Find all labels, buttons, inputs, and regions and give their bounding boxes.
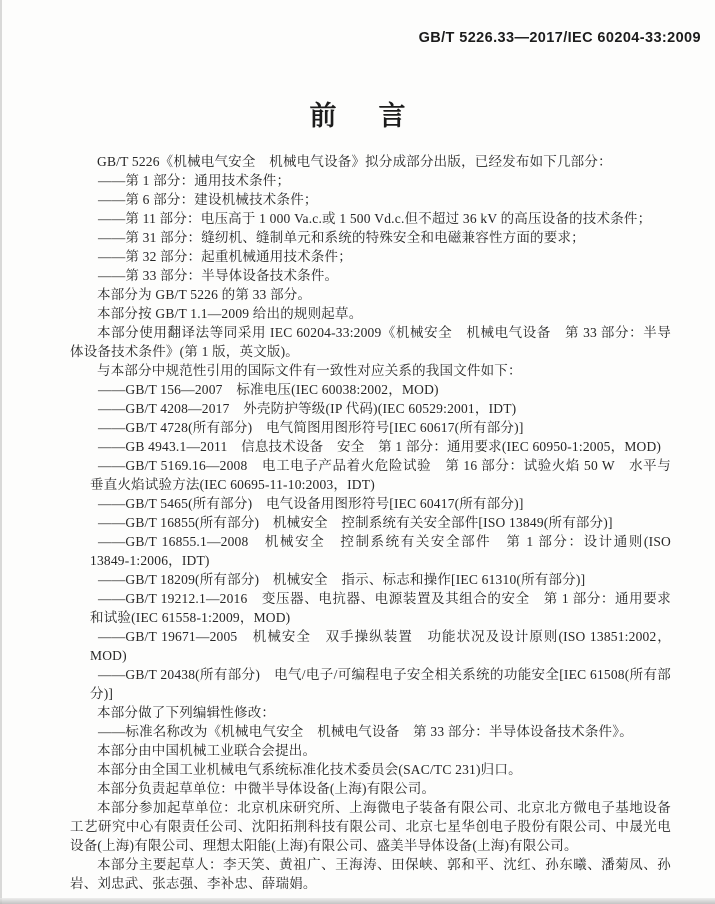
foreword-body: GB/T 5226《机械电气安全 机械电气设备》拟分成部分出版，已经发布如下几部…: [70, 152, 671, 893]
paragraph-line: ——GB/T 4208—2017 外壳防护等级(IP 代码)(IEC 60529…: [70, 399, 671, 418]
paragraph-line: 本部分负责起草单位：中微半导体设备(上海)有限公司。: [70, 779, 671, 798]
page-title-char-right: 言: [379, 94, 406, 133]
paragraph-line: ——GB/T 20438(所有部分) 电气/电子/可编程电子安全相关系统的功能安…: [70, 665, 671, 703]
paragraph-line: ——GB/T 19671—2005 机械安全 双手操纵装置 功能状况及设计原则(…: [70, 627, 671, 665]
paragraph-line: 本部分为 GB/T 5226 的第 33 部分。: [70, 285, 671, 304]
paragraph-line: GB/T 5226《机械电气安全 机械电气设备》拟分成部分出版，已经发布如下几部…: [70, 152, 671, 171]
page-title-char-left: 前: [310, 94, 337, 133]
paragraph-line: 本部分由中国机械工业联合会提出。: [70, 741, 671, 760]
paragraph-line: 本部分使用翻译法等同采用 IEC 60204-33:2009《机械安全 机械电气…: [70, 323, 671, 361]
paragraph-line: ——GB/T 18209(所有部分) 机械安全 指示、标志和操作[IEC 613…: [70, 570, 671, 589]
page-title: 前 言: [0, 94, 715, 133]
paragraph-line: ——GB 4943.1—2011 信息技术设备 安全 第 1 部分：通用要求(I…: [70, 437, 671, 456]
paragraph-line: ——GB/T 4728(所有部分) 电气简图用图形符号[IEC 60617(所有…: [70, 418, 671, 437]
document-page: GB/T 5226.33—2017/IEC 60204-33:2009 前 言 …: [0, 0, 715, 904]
paragraph-line: ——第 1 部分：通用技术条件；: [70, 171, 671, 190]
standard-number-header: GB/T 5226.33—2017/IEC 60204-33:2009: [419, 30, 701, 46]
paragraph-line: ——第 31 部分：缝纫机、缝制单元和系统的特殊安全和电磁兼容性方面的要求；: [70, 228, 671, 247]
paragraph-line: 本部分按 GB/T 1.1—2009 给出的规则起草。: [70, 304, 671, 323]
paragraph-line: 本部分做了下列编辑性修改：: [70, 703, 671, 722]
paragraph-line: ——第 33 部分：半导体设备技术条件。: [70, 266, 671, 285]
paragraph-line: ——GB/T 156—2007 标准电压(IEC 60038:2002，MOD): [70, 380, 671, 399]
paragraph-line: ——GB/T 5465(所有部分) 电气设备用图形符号[IEC 60417(所有…: [70, 494, 671, 513]
paragraph-line: 与本部分中规范性引用的国际文件有一致性对应关系的我国文件如下：: [70, 361, 671, 380]
paragraph-line: ——GB/T 16855.1—2008 机械安全 控制系统有关安全部件 第 1 …: [70, 532, 671, 570]
paragraph-line: ——第 32 部分：起重机械通用技术条件；: [70, 247, 671, 266]
scan-edge-left: [0, 0, 2, 904]
paragraph-line: ——GB/T 16855(所有部分) 机械安全 控制系统有关安全部件[ISO 1…: [70, 513, 671, 532]
paragraph-line: 本部分由全国工业机械电气系统标准化技术委员会(SAC/TC 231)归口。: [70, 760, 671, 779]
paragraph-line: ——标准名称改为《机械电气安全 机械电气设备 第 33 部分：半导体设备技术条件…: [70, 722, 671, 741]
paragraph-line: ——第 11 部分：电压高于 1 000 Va.c.或 1 500 Vd.c.但…: [70, 209, 671, 228]
paragraph-line: ——GB/T 5169.16—2008 电工电子产品着火危险试验 第 16 部分…: [70, 456, 671, 494]
paragraph-line: ——GB/T 19212.1—2016 变压器、电抗器、电源装置及其组合的安全 …: [70, 589, 671, 627]
paragraph-line: ——第 6 部分：建设机械技术条件；: [70, 190, 671, 209]
paragraph-line: 本部分主要起草人：李天笑、黄祖广、王海涛、田保峡、郭和平、沈红、孙东曦、潘菊凤、…: [70, 855, 671, 893]
paragraph-line: 本部分参加起草单位：北京机床研究所、上海微电子装备有限公司、北京北方微电子基地设…: [70, 798, 671, 855]
scan-edge-bottom: [0, 898, 715, 904]
